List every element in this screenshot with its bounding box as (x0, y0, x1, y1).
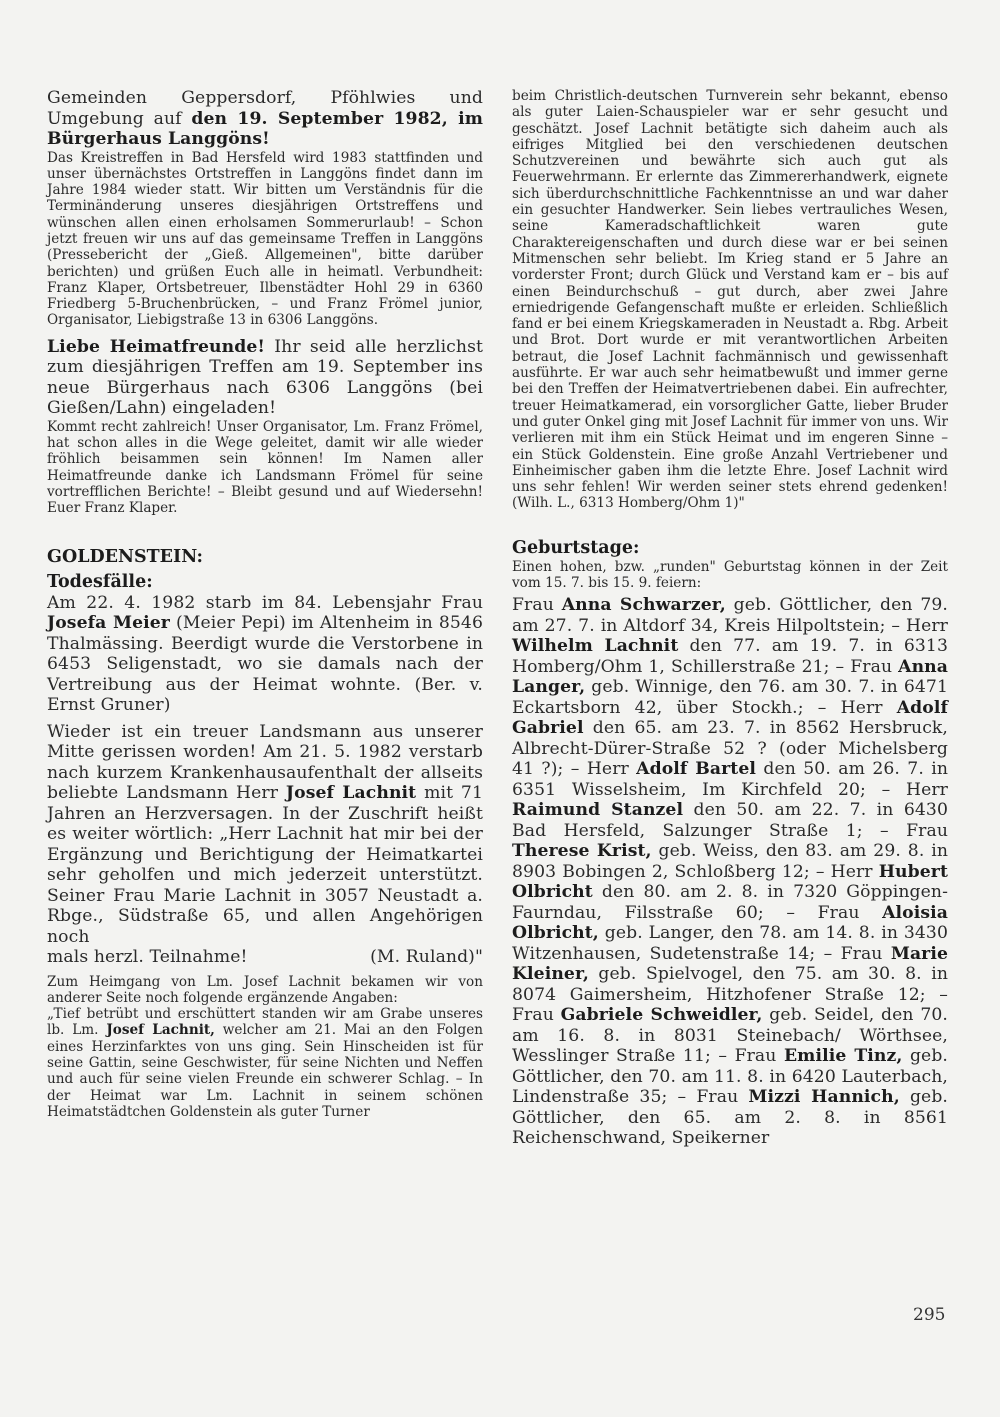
obituary-meier: Am 22. 4. 1982 starb im 84. Lebensjahr F… (47, 593, 483, 716)
birthday-entry-prefix: Herr (906, 780, 948, 800)
left-column: Gemeinden Geppersdorf, Pföhlwies und Umg… (47, 88, 483, 1120)
birthday-person-name: Mizzi Hannich, (748, 1087, 899, 1107)
deceased-name: Josef Lachnit, (106, 1022, 215, 1038)
obituary-text: mit 71 Jahren an Herzversagen. In der Zu… (47, 783, 483, 947)
tribute-paragraph: „Tief betrübt und erschüttert standen wi… (47, 1006, 483, 1120)
birthday-person-name: Wilhelm Lachnit (512, 636, 678, 656)
birthday-list: Frau Anna Schwarzer, geb. Göttlicher, de… (512, 595, 948, 1149)
magazine-page: Gemeinden Geppersdorf, Pföhlwies und Umg… (0, 0, 1000, 1417)
birthday-person-name: Raimund Stanzel (512, 800, 683, 820)
section-heading-birthdays: Geburtstage: (512, 538, 948, 559)
birthday-person-name: Gabriele Schweidler, (561, 1005, 763, 1025)
birthday-person-name: Anna Schwarzer, (562, 595, 726, 615)
birthday-entry-prefix: Frau (696, 1087, 748, 1107)
birthday-entry-prefix: Frau (735, 1046, 784, 1066)
birthday-entry-prefix: Frau (850, 657, 898, 677)
deceased-name: Josefa Meier (47, 613, 170, 633)
birthday-entry-prefix: Frau (512, 1005, 561, 1025)
meeting-announcement: Gemeinden Geppersdorf, Pföhlwies und Umg… (47, 88, 483, 150)
author-signature: (M. Ruland)" (370, 947, 483, 968)
birthdays-intro: Einen hohen, bzw. „runden" Geburtstag kö… (512, 559, 948, 592)
birthday-entry-prefix: Frau (818, 903, 882, 923)
kreistreffen-paragraph: Das Kreistreffen in Bad Hersfeld wird 19… (47, 150, 483, 329)
tribute-continuation: beim Christlich-deutschen Turnverein seh… (512, 88, 948, 512)
birthday-entry-prefix: Herr (841, 698, 897, 718)
birthday-entry-prefix: Herr (831, 862, 879, 882)
subsection-heading-deaths: Todesfälle: (47, 572, 483, 593)
invitation-greeting: Liebe Heimatfreunde! (47, 337, 265, 357)
birthday-entry-prefix: Frau (906, 821, 948, 841)
right-column: beim Christlich-deutschen Turnverein seh… (512, 88, 948, 1149)
birthday-person-name: Adolf Bartel (636, 759, 756, 779)
section-heading-goldenstein: GOLDENSTEIN: (47, 547, 483, 568)
birthday-entry-prefix: Herr (906, 616, 948, 636)
page-number: 295 (913, 1305, 945, 1325)
birthday-entry-prefix: Herr (587, 759, 636, 779)
birthday-person-name: Emi­lie Tinz, (784, 1046, 903, 1066)
birthday-person-name: Therese Krist, (512, 841, 652, 861)
obituary-text: Am 22. 4. 1982 starb im 84. Lebensjahr F… (47, 593, 483, 613)
organizer-thanks-paragraph: Kommt recht zahlreich! Unser Organisator… (47, 419, 483, 517)
invitation-paragraph: Liebe Heimatfreunde! Ihr seid alle herzl… (47, 337, 483, 419)
birthday-entry-prefix: Frau (841, 944, 891, 964)
birthday-entry-prefix: Frau (512, 595, 562, 615)
obituary-lachnit: Wieder ist ein treuer Landsmann aus unse… (47, 722, 483, 948)
deceased-name: Josef Lachnit (286, 783, 416, 803)
heimgang-intro: Zum Heimgang von Lm. Josef Lachnit bekam… (47, 974, 483, 1007)
obituary-closing: mals herzl. Teilnahme! (47, 947, 248, 968)
obituary-signature-row: mals herzl. Teilnahme! (M. Ruland)" (47, 947, 483, 968)
